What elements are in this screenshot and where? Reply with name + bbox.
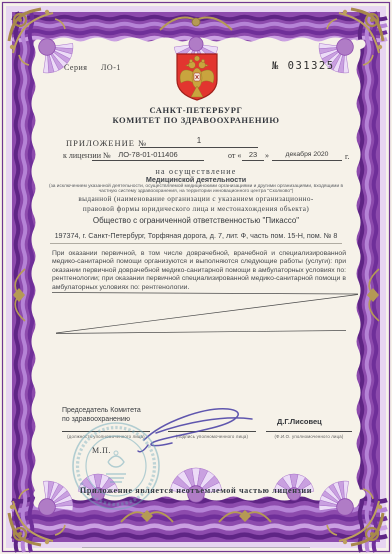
document-number: № 031325: [272, 60, 335, 72]
license-rule: [92, 160, 204, 161]
name-note: (Ф.И.О. уполномоченного лица): [266, 434, 352, 439]
activity-note: (за исключением указанной деятельности, …: [46, 184, 346, 196]
name-rule: [266, 431, 352, 432]
footer-statement: Приложение является неотъемлемой частью …: [0, 486, 392, 495]
date-from-label: от «: [228, 151, 241, 160]
date-day: 23: [242, 150, 264, 159]
date-month-year: декабря 2020: [272, 151, 342, 158]
series-value: ЛО-1: [101, 63, 121, 72]
license-appendix-document: Серия ЛО-1 № 031325 САНКТ-ПЕТЕРБУРГ КОМИ…: [0, 0, 392, 554]
appendix-label: ПРИЛОЖЕНИЕ №: [66, 138, 147, 148]
address-rule: [50, 243, 342, 244]
date-month-rule: [272, 160, 342, 161]
date-day-rule: [242, 160, 264, 161]
organization-address: 197374, г. Санкт-Петербург, Торфяная дор…: [0, 231, 392, 240]
header-committee: КОМИТЕТ ПО ЗДРАВООХРАНЕНИЮ: [0, 115, 392, 125]
organization-name: Общество с ограниченной ответственностью…: [0, 216, 392, 225]
russia-coat-of-arms-icon: [174, 52, 220, 102]
license-number: ЛО-78-01-011406: [92, 150, 204, 159]
series-label: Серия: [64, 63, 87, 72]
date-quote: »: [265, 151, 269, 160]
printer-imprint-line: [82, 547, 310, 548]
appendix-value: 1: [140, 136, 258, 145]
issued-to-note: выданной (наименование организации с ука…: [70, 195, 322, 214]
date-year-suffix: г.: [345, 152, 349, 161]
services-paragraph: При оказании первичной, в том числе довр…: [52, 250, 346, 292]
seal-place-mark: М.П.: [92, 446, 111, 455]
signer-name: Д.Г.Лисовец: [277, 417, 322, 426]
header-city: САНКТ-ПЕТЕРБУРГ: [0, 105, 392, 115]
appendix-rule: [140, 147, 258, 148]
round-seal-stamp: [70, 420, 162, 512]
